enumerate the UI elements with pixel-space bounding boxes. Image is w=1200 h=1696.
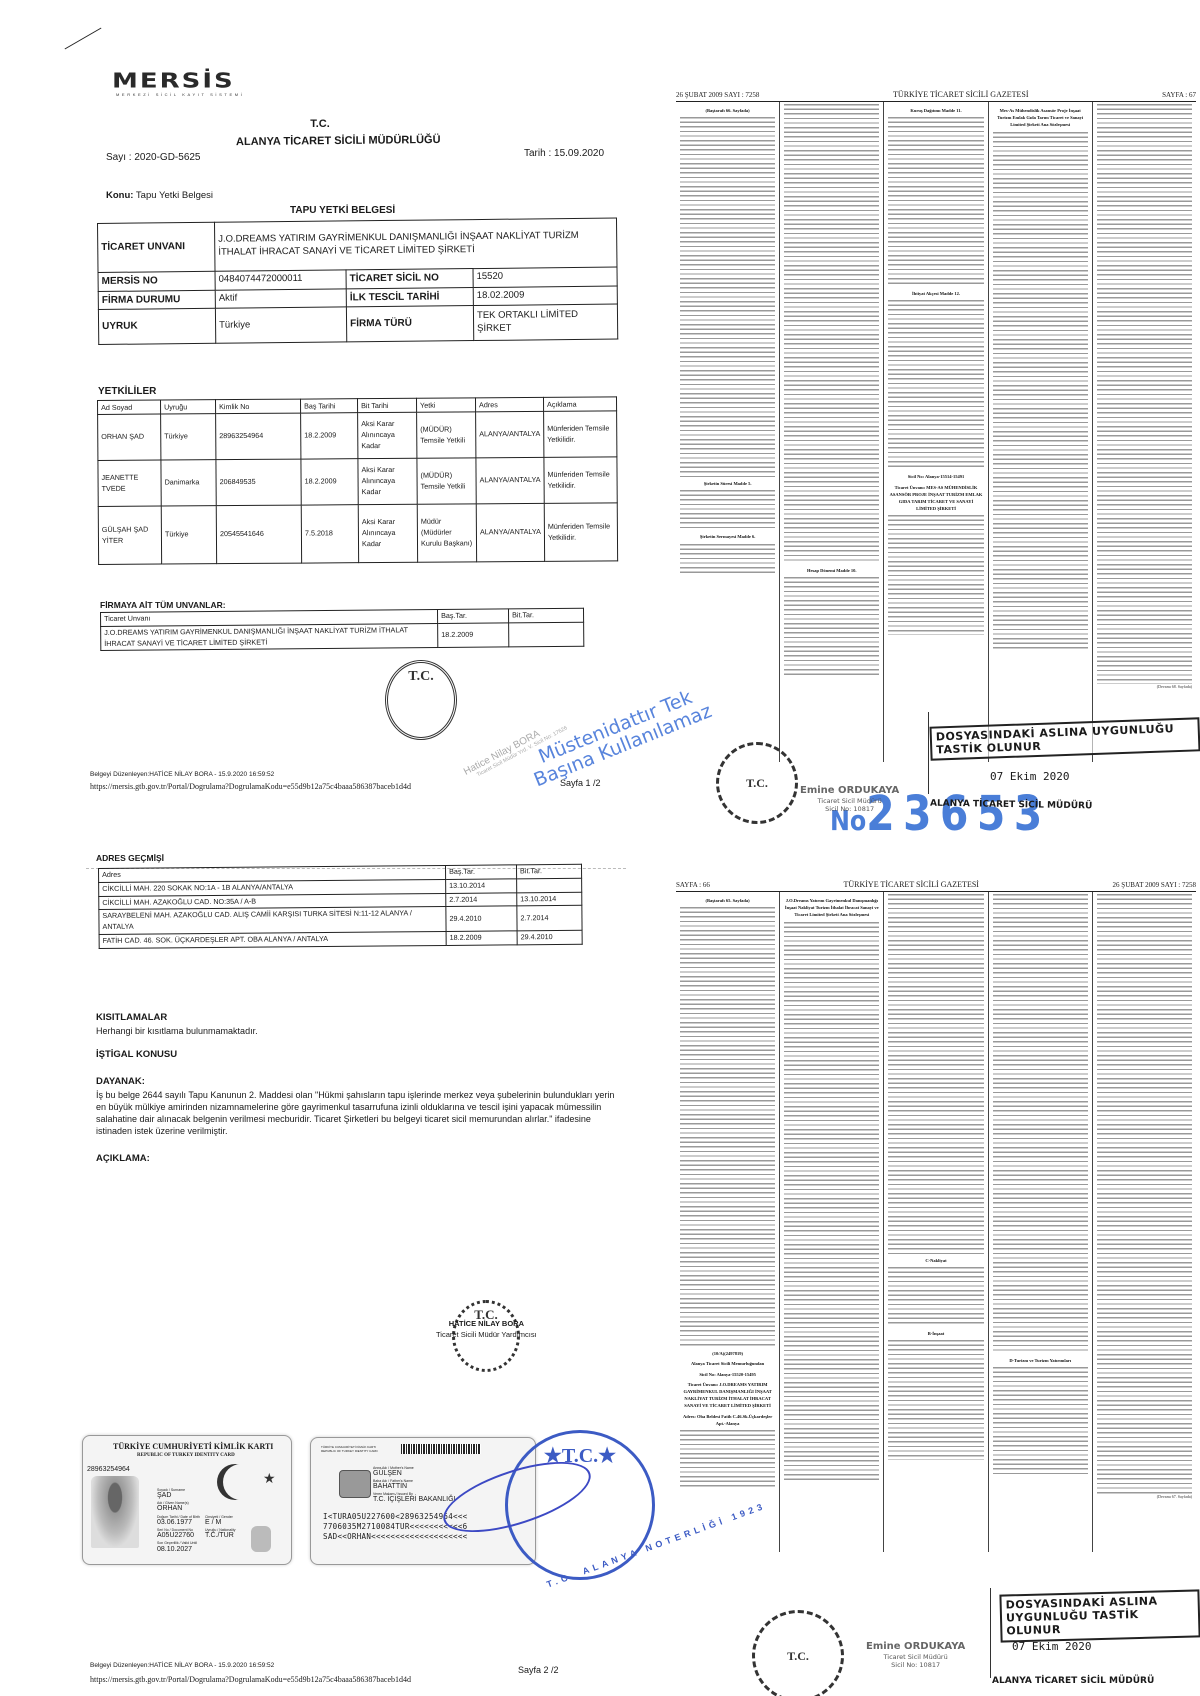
cell-adres: FATİH CAD. 46. SOK. ÜÇKARDEŞLER APT. OBA… — [99, 931, 446, 948]
crescent-icon — [223, 1464, 259, 1500]
cell-adres: SARAYBELENİ MAH. AZAKOĞLU CAD. ALIŞ CAMİ… — [99, 907, 446, 935]
cell-bas: 18.2.2009 — [446, 931, 517, 945]
col-uyruk: Uyruğu — [161, 400, 216, 414]
basis-title: DAYANAK: — [96, 1076, 616, 1089]
firma-turu-label: FİRMA TÜRÜ — [346, 306, 473, 342]
office-title: ALANYA TİCARET SİCİLİ MÜDÜRLÜĞÜ — [236, 134, 441, 148]
id-back-subtitle-text: REPUBLIC OF TURKEY IDENTITY CARD — [321, 1450, 378, 1454]
certification-box-2 — [990, 1588, 1191, 1678]
gazette-page: SAYFA : 66 — [676, 881, 710, 889]
official-sicil: Sicil No: 10817 — [866, 1661, 965, 1669]
id-title: TÜRKİYE CUMHURİYETİ KİMLİK KARTI — [113, 1442, 273, 1451]
mother-value: GÜLŞEN — [373, 1470, 402, 1477]
gazette-heading: Mes-As Mühendislik Asansör Proje İnşaat … — [993, 107, 1088, 129]
cell-adres: ALANYA/ANTALYA — [476, 503, 544, 561]
cell-yetki: (MÜDÜR) Temsile Yetkili — [417, 412, 476, 458]
trade-name-label: TİCARET UNVANI — [98, 222, 216, 272]
trade-name-value: J.O.DREAMS YATIRIM GAYRİMENKUL DANIŞMANL… — [214, 218, 616, 271]
mersis-no-value: 0484074472000011 — [215, 270, 346, 290]
gazette-columns: (Baştarafı 66. Sayfada)Şirketin Süresi M… — [676, 102, 1196, 762]
gender-value: E / M — [205, 1519, 221, 1526]
document-number: Sayı : 2020-GD-5625 — [106, 152, 201, 163]
gazette-column: C-NakliyatB-İnşaat — [883, 892, 987, 1552]
title-cell: J.O.DREAMS YATIRIM GAYRİMENKUL DANIŞMANL… — [101, 623, 438, 651]
firma-turu-value: TEK ORTAKLI LİMİTED ŞİRKET — [473, 304, 617, 341]
company-info-table: TİCARET UNVANI J.O.DREAMS YATIRIM GAYRİM… — [97, 218, 618, 345]
gazette-heading: J.O.Dreams Yatırım Gayrimenkul Danışmanl… — [784, 897, 879, 919]
id-tc-no: 28963254964 — [87, 1466, 130, 1473]
gazette-heading: (Baştarafı 66. Sayfada) — [680, 107, 775, 114]
sicil-no-label: TİCARET SİCİL NO — [346, 269, 473, 289]
signer-block: HATİCE NİLAY BORA Ticaret Sicili Müdür Y… — [436, 1318, 537, 1341]
gazette-heading: D-Turizm ve Turizm Yatırımları — [993, 1357, 1088, 1364]
subject-line: Konu: Tapu Yetki Belgesi — [106, 190, 213, 201]
gazette-name: TÜRKİYE TİCARET SİCİLİ GAZETESİ — [893, 90, 1028, 99]
address-history-title: ADRES GEÇMİŞİ — [96, 853, 164, 863]
gazette-seal-stamp: T.C. — [716, 742, 798, 824]
chip-icon — [339, 1470, 371, 1498]
col-bas-tar: Baş.Tar. — [437, 609, 508, 623]
table-row: J.O.DREAMS YATIRIM GAYRİMENKUL DANIŞMANL… — [101, 622, 584, 651]
cell-adres: ALANYA/ANTALYA — [476, 457, 544, 503]
tescil-tarihi-label: İLK TESCİL TARİHİ — [346, 287, 473, 307]
cell-bas: 18.2.2009 — [301, 459, 358, 505]
gazette-heading: Şirketin Süresi Madde 5. — [680, 480, 775, 487]
uyruk-value: Türkiye — [215, 307, 346, 343]
cell-adres: ALANYA/ANTALYA — [476, 411, 544, 457]
cell-bas: 29.4.2010 — [446, 906, 517, 931]
tescil-tarihi-value: 18.02.2009 — [473, 286, 617, 306]
gazette-column: Kuruş Dağıtımı Madde 11.İhtiyat Akçesi M… — [883, 102, 987, 762]
subject-label: Konu: — [106, 190, 133, 201]
table-row: FATİH CAD. 46. SOK. ÜÇKARDEŞLER APT. OBA… — [99, 930, 582, 948]
gazette-seal-stamp-2: T.C. — [752, 1610, 844, 1696]
id-ghost-photo — [251, 1526, 271, 1552]
col-bas: Baş Tarihi — [300, 399, 357, 413]
header-tc: T.C. — [0, 118, 640, 130]
cell-kimlik: 20545541646 — [216, 505, 301, 564]
verification-link[interactable]: https://mersis.gtb.gov.tr/Portal/Dogrula… — [90, 782, 411, 791]
col-bit-tar: Bit.Tar. — [508, 608, 583, 622]
mersis-logo-subtitle: MERKEZİ SİCİL KAYIT SİSTEMİ — [116, 92, 244, 97]
gazette-date: 26 ŞUBAT 2009 SAYI : 7258 — [676, 91, 759, 99]
id-card-front: TÜRKİYE CUMHURİYETİ KİMLİK KARTI REPUBLI… — [82, 1435, 292, 1565]
official-title: Ticaret Sicil Müdürü — [866, 1653, 965, 1661]
father-value: BAHATTİN — [373, 1483, 407, 1490]
title-start-cell: 18.2.2009 — [438, 623, 509, 648]
gazette-heading: İhtiyat Akçesi Madde 12. — [888, 290, 983, 297]
expiry-value: 08.10.2027 — [157, 1546, 192, 1553]
cell-kimlik: 206849535 — [216, 459, 301, 506]
cell-yetki: (MÜDÜR) Temsile Yetkili — [417, 458, 476, 504]
gazette-column: (Baştarafı 66. Sayfada)Şirketin Süresi M… — [676, 102, 779, 762]
gazette-column: (Devamı 68. Sayfada) — [1092, 102, 1196, 762]
star-icon: ★ — [263, 1470, 276, 1487]
gazette-heading: Alanya Ticaret Sicili Memurluğundan — [680, 1360, 775, 1367]
cell-bit: 29.4.2010 — [517, 930, 582, 944]
certification-box — [928, 712, 1189, 794]
page-number-2: Sayfa 2 /2 — [518, 1665, 559, 1675]
gazette-page-67: 26 ŞUBAT 2009 SAYI : 7258 TÜRKİYE TİCARE… — [676, 90, 1196, 762]
id-photo — [91, 1476, 139, 1548]
official-name: Emine ORDUKAYA — [800, 784, 899, 797]
gazette-heading: Şirketin Sermayesi Madde 6. — [680, 533, 775, 540]
gazette-column: J.O.Dreams Yatırım Gayrimenkul Danışmanl… — [779, 892, 883, 1552]
title-end-cell — [509, 622, 584, 647]
cell-aciklama: Münferiden Temsile Yetkilidir. — [544, 411, 617, 458]
gazette-heading: (Baştarafı 65. Sayfada) — [680, 897, 775, 904]
cell-bas: 18.2.2009 — [301, 413, 358, 459]
certification-office-2: ALANYA TİCARET SİCİL MÜDÜRÜ — [992, 1676, 1154, 1686]
gazette-continued: (Devamı 68. Sayfada) — [1097, 684, 1192, 690]
official-name: Emine ORDUKAYA — [866, 1640, 965, 1653]
col-yetki: Yetki — [416, 398, 475, 412]
titles-section-title: FİRMAYA AİT TÜM UNVANLAR: — [100, 600, 226, 610]
cell-bas: 7.5.2018 — [301, 505, 358, 563]
gazette-column: (Baştarafı 65. Sayfada)(10/A)(2497819)Al… — [676, 892, 779, 1552]
gazette-page-66: SAYFA : 66 TÜRKİYE TİCARET SİCİLİ GAZETE… — [676, 880, 1196, 1552]
table-row: JEANETTE TVEDEDanimarka20684953518.2.200… — [98, 457, 617, 507]
document-date: Tarih : 15.09.2020 — [524, 148, 604, 159]
cell-bas: 2.7.2014 — [446, 892, 517, 906]
cell-yetki: Müdür (Müdürler Kurulu Başkanı) — [417, 504, 476, 562]
sicil-no-value: 15520 — [473, 267, 617, 287]
gazette-heading: Ticaret Ünvanı: J.O.DREAMS YATIRIM GAYRİ… — [680, 1381, 775, 1410]
authorized-section-title: YETKİLİLER — [98, 386, 156, 397]
restrictions-title: KISITLAMALAR — [96, 1012, 616, 1025]
cell-ad: JEANETTE TVEDE — [98, 460, 161, 506]
issuer-footer: Belgeyi Düzenleyen:HATİCE NİLAY BORA - 1… — [90, 771, 274, 778]
gazette-header: SAYFA : 66 TÜRKİYE TİCARET SİCİLİ GAZETE… — [676, 880, 1196, 892]
uyruk-label: UYRUK — [98, 308, 215, 344]
cell-uyruk: Danimarka — [161, 460, 216, 506]
col-bit-tar: Bit.Tar. — [516, 864, 581, 878]
cell-bit — [517, 878, 582, 892]
issuer-footer-2: Belgeyi Düzenleyen:HATİCE NİLAY BORA - 1… — [90, 1662, 274, 1669]
subject-value: Tapu Yetki Belgesi — [136, 190, 213, 201]
mersis-logo: MERSİS — [112, 69, 235, 93]
gazette-date: 26 ŞUBAT 2009 SAYI : 7258 — [1113, 881, 1196, 889]
gazette-heading: B-İnşaat — [888, 1330, 983, 1337]
dob-value: 03.06.1977 — [157, 1519, 192, 1526]
gazette-heading: Adres: Oba Beldesi Fatih C.46.Sk.Üçkarde… — [680, 1413, 775, 1427]
verification-link-2[interactable]: https://mersis.gtb.gov.tr/Portal/Dogrula… — [90, 1675, 411, 1684]
cell-bas: 13.10.2014 — [446, 879, 517, 893]
signer-name: HATİCE NİLAY BORA — [436, 1318, 537, 1329]
explanation-title: AÇIKLAMA: — [96, 1153, 616, 1166]
issued-value: T.C. İÇİŞLERİ BAKANLIĞI — [373, 1496, 455, 1503]
name-value: ORHAN — [157, 1505, 182, 1512]
gazette-continued: (Devamı 67. Sayfada) — [1097, 1494, 1192, 1500]
cell-kimlik: 28963254964 — [216, 413, 301, 460]
id-back-title: TÜRKİYE CUMHURİYETİ KİMLİK KARTIREPUBLIC… — [321, 1446, 378, 1453]
firma-durumu-value: Aktif — [215, 288, 346, 308]
gazette-heading: Sicil No: Alanya-15514-15491 — [888, 473, 983, 480]
col-bit: Bit Tarihi — [357, 398, 416, 412]
document-title: TAPU YETKİ BELGESİ — [290, 205, 395, 216]
gazette-page: SAYFA : 67 — [1162, 91, 1196, 99]
cell-uyruk: Türkiye — [161, 414, 216, 460]
address-history-table: Adres Baş.Tar. Bit.Tar. CİKCİLLİ MAH. 22… — [98, 864, 583, 949]
seal-text: T.C. — [787, 1649, 809, 1664]
cell-aciklama: Münferiden Temsile Yetkilidir. — [544, 457, 617, 504]
gazette-heading: Sicil No: Alanya-15520-15495 — [680, 1371, 775, 1378]
cell-bit: Aksi Karar Alınıncaya Kadar — [358, 412, 417, 458]
basis-text: İş bu belge 2644 sayılı Tapu Kanunun 2. … — [96, 1089, 616, 1138]
seal-text: T.C. — [746, 776, 768, 791]
gazette-column: (Devamı 67. Sayfada) — [1092, 892, 1196, 1552]
surname-value: ŞAD — [157, 1492, 171, 1499]
expiry-label: Son Geçerlilik / Valid Until — [157, 1541, 197, 1545]
cell-bit: 13.10.2014 — [517, 892, 582, 906]
table-row: GÜLŞAH ŞAD YİTERTürkiye205455416467.5.20… — [98, 503, 617, 565]
official-title: Ticaret Sicil Müdürü — [800, 797, 899, 805]
all-titles-table: Ticaret Unvanı Baş.Tar. Bit.Tar. J.O.DRE… — [100, 608, 584, 652]
col-ad: Ad Soyad — [98, 400, 161, 414]
barcode — [401, 1444, 481, 1454]
cell-bit: Aksi Karar Alınıncaya Kadar — [358, 504, 417, 562]
gazette-column: Hesap Dönemi Madde 10. — [779, 102, 883, 762]
firma-durumu-label: FİRMA DURUMU — [98, 290, 215, 310]
gazette-columns: (Baştarafı 65. Sayfada)(10/A)(2497819)Al… — [676, 892, 1196, 1552]
activity-title: İŞTİGAL KONUSU — [96, 1049, 616, 1062]
official-signature-block: Emine ORDUKAYA Ticaret Sicil Müdürü Sici… — [800, 784, 899, 814]
cell-aciklama: Münferiden Temsile Yetkilidir. — [544, 503, 617, 562]
document-body: KISITLAMALAR Herhangi bir kısıtlama bulu… — [96, 1006, 616, 1166]
mrz-line-3: SAD<<ORHAN<<<<<<<<<<<<<<<<<<<< — [323, 1532, 467, 1542]
gazette-name: TÜRKİYE TİCARET SİCİLİ GAZETESİ — [843, 880, 978, 889]
gazette-column: Mes-As Mühendislik Asansör Proje İnşaat … — [988, 102, 1092, 762]
col-adres: Adres — [475, 397, 543, 411]
gazette-heading: Kuruş Dağıtımı Madde 11. — [888, 107, 983, 114]
restrictions-text: Herhangi bir kısıtlama bulunmamaktadır. — [96, 1025, 616, 1037]
pen-mark — [65, 28, 102, 50]
certification-date-2: 07 Ekim 2020 — [1012, 1640, 1091, 1653]
col-kimlik: Kimlik No — [216, 399, 301, 414]
cell-bit: 2.7.2014 — [517, 906, 582, 931]
nationality-value: T.C./TUR — [205, 1532, 234, 1539]
col-bas-tar: Baş.Tar. — [445, 865, 516, 879]
gazette-heading: C-Nakliyat — [888, 1257, 983, 1264]
official-sicil: Sicil No: 10817 — [800, 805, 899, 813]
cell-ad: GÜLŞAH ŞAD YİTER — [98, 506, 161, 564]
gazette-column: D-Turizm ve Turizm Yatırımları — [988, 892, 1092, 1552]
table-row: ORHAN ŞADTürkiye2896325496418.2.2009Aksi… — [98, 411, 617, 461]
gazette-heading: Hesap Dönemi Madde 10. — [784, 567, 879, 574]
official-signature-block-2: Emine ORDUKAYA Ticaret Sicil Müdürü Sici… — [866, 1640, 965, 1670]
doc-no-value: A05U22760 — [157, 1532, 194, 1539]
col-aciklama: Açıklama — [543, 397, 616, 412]
cell-uyruk: Türkiye — [161, 506, 216, 564]
seal-text: T.C. — [408, 669, 433, 685]
gazette-heading: (10/A)(2497819) — [680, 1350, 775, 1357]
cell-bit: Aksi Karar Alınıncaya Kadar — [358, 458, 417, 504]
gazette-heading: Ticaret Ünvanı: MES-AS MÜHENDİSLİK ASANS… — [888, 484, 983, 513]
official-seal-stamp: T.C. — [385, 660, 457, 740]
cell-ad: ORHAN ŞAD — [98, 414, 161, 460]
id-subtitle: REPUBLIC OF TURKEY IDENTITY CARD — [137, 1453, 235, 1458]
signer-title: Ticaret Sicili Müdür Yardımcısı — [436, 1329, 537, 1340]
mersis-no-label: MERSİS NO — [98, 271, 215, 291]
authorized-persons-table: Ad SoyadUyruğuKimlik NoBaş TarihiBit Tar… — [97, 396, 618, 565]
gazette-header: 26 ŞUBAT 2009 SAYI : 7258 TÜRKİYE TİCARE… — [676, 90, 1196, 102]
